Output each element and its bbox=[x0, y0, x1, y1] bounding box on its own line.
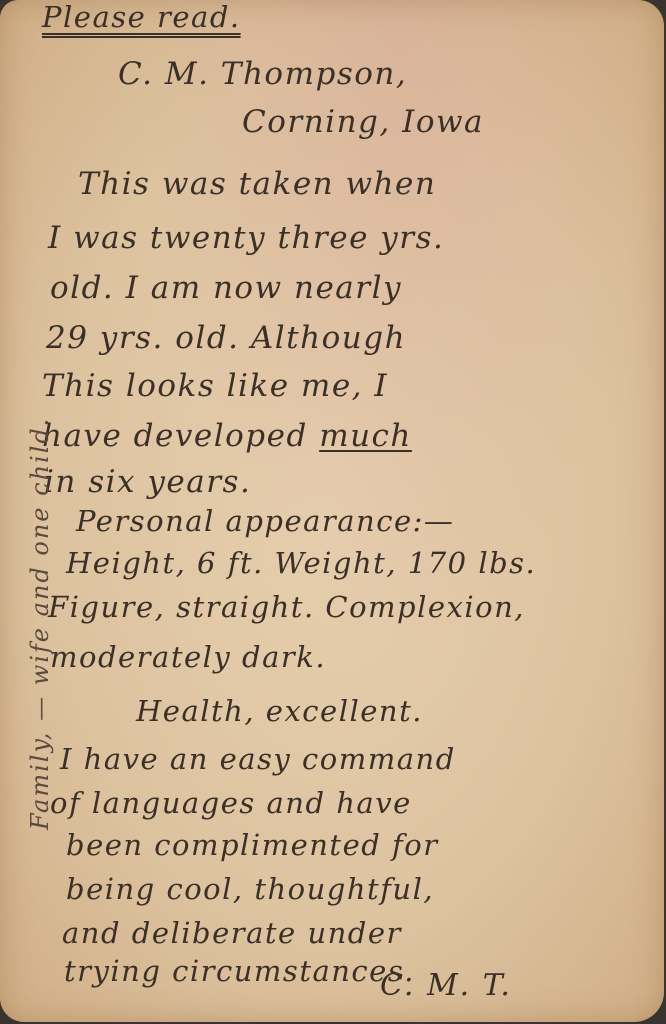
body-line-1: This was taken when bbox=[78, 166, 436, 202]
signature-initials: C. M. T. bbox=[380, 968, 512, 1003]
body-line-2: I was twenty three yrs. bbox=[48, 220, 444, 256]
body-line-13: I have an easy command bbox=[60, 742, 456, 776]
author-name: C. M. Thompson, bbox=[118, 56, 407, 92]
health-line: Health, excellent. bbox=[136, 694, 423, 728]
height-weight-line: Height, 6 ft. Weight, 170 lbs. bbox=[66, 546, 536, 580]
please-read-heading: Please read. bbox=[42, 0, 241, 34]
figure-complexion-line: Figure, straight. Complexion, bbox=[48, 590, 525, 624]
handwritten-card: Please read. C. M. Thompson, Corning, Io… bbox=[0, 0, 664, 1022]
margin-note-vertical: Family, — wife and one child. bbox=[26, 417, 54, 830]
emphasized-word: much bbox=[319, 418, 412, 454]
author-location: Corning, Iowa bbox=[242, 104, 484, 140]
complexion-value-line: moderately dark. bbox=[50, 640, 326, 674]
body-line-14: of languages and have bbox=[50, 786, 412, 820]
body-line-18: trying circumstances. bbox=[64, 954, 415, 988]
body-line-4: 29 yrs. old. Although bbox=[46, 320, 406, 356]
body-line-6: have developed much bbox=[42, 418, 412, 454]
body-line-17: and deliberate under bbox=[62, 916, 402, 950]
body-line-5: This looks like me, I bbox=[42, 368, 388, 404]
body-line-16: being cool, thoughtful, bbox=[66, 872, 434, 906]
body-line-15: been complimented for bbox=[66, 828, 439, 862]
personal-appearance-heading: Personal appearance:— bbox=[76, 504, 454, 538]
body-line-7: in six years. bbox=[44, 464, 251, 500]
body-line-3: old. I am now nearly bbox=[50, 270, 402, 306]
